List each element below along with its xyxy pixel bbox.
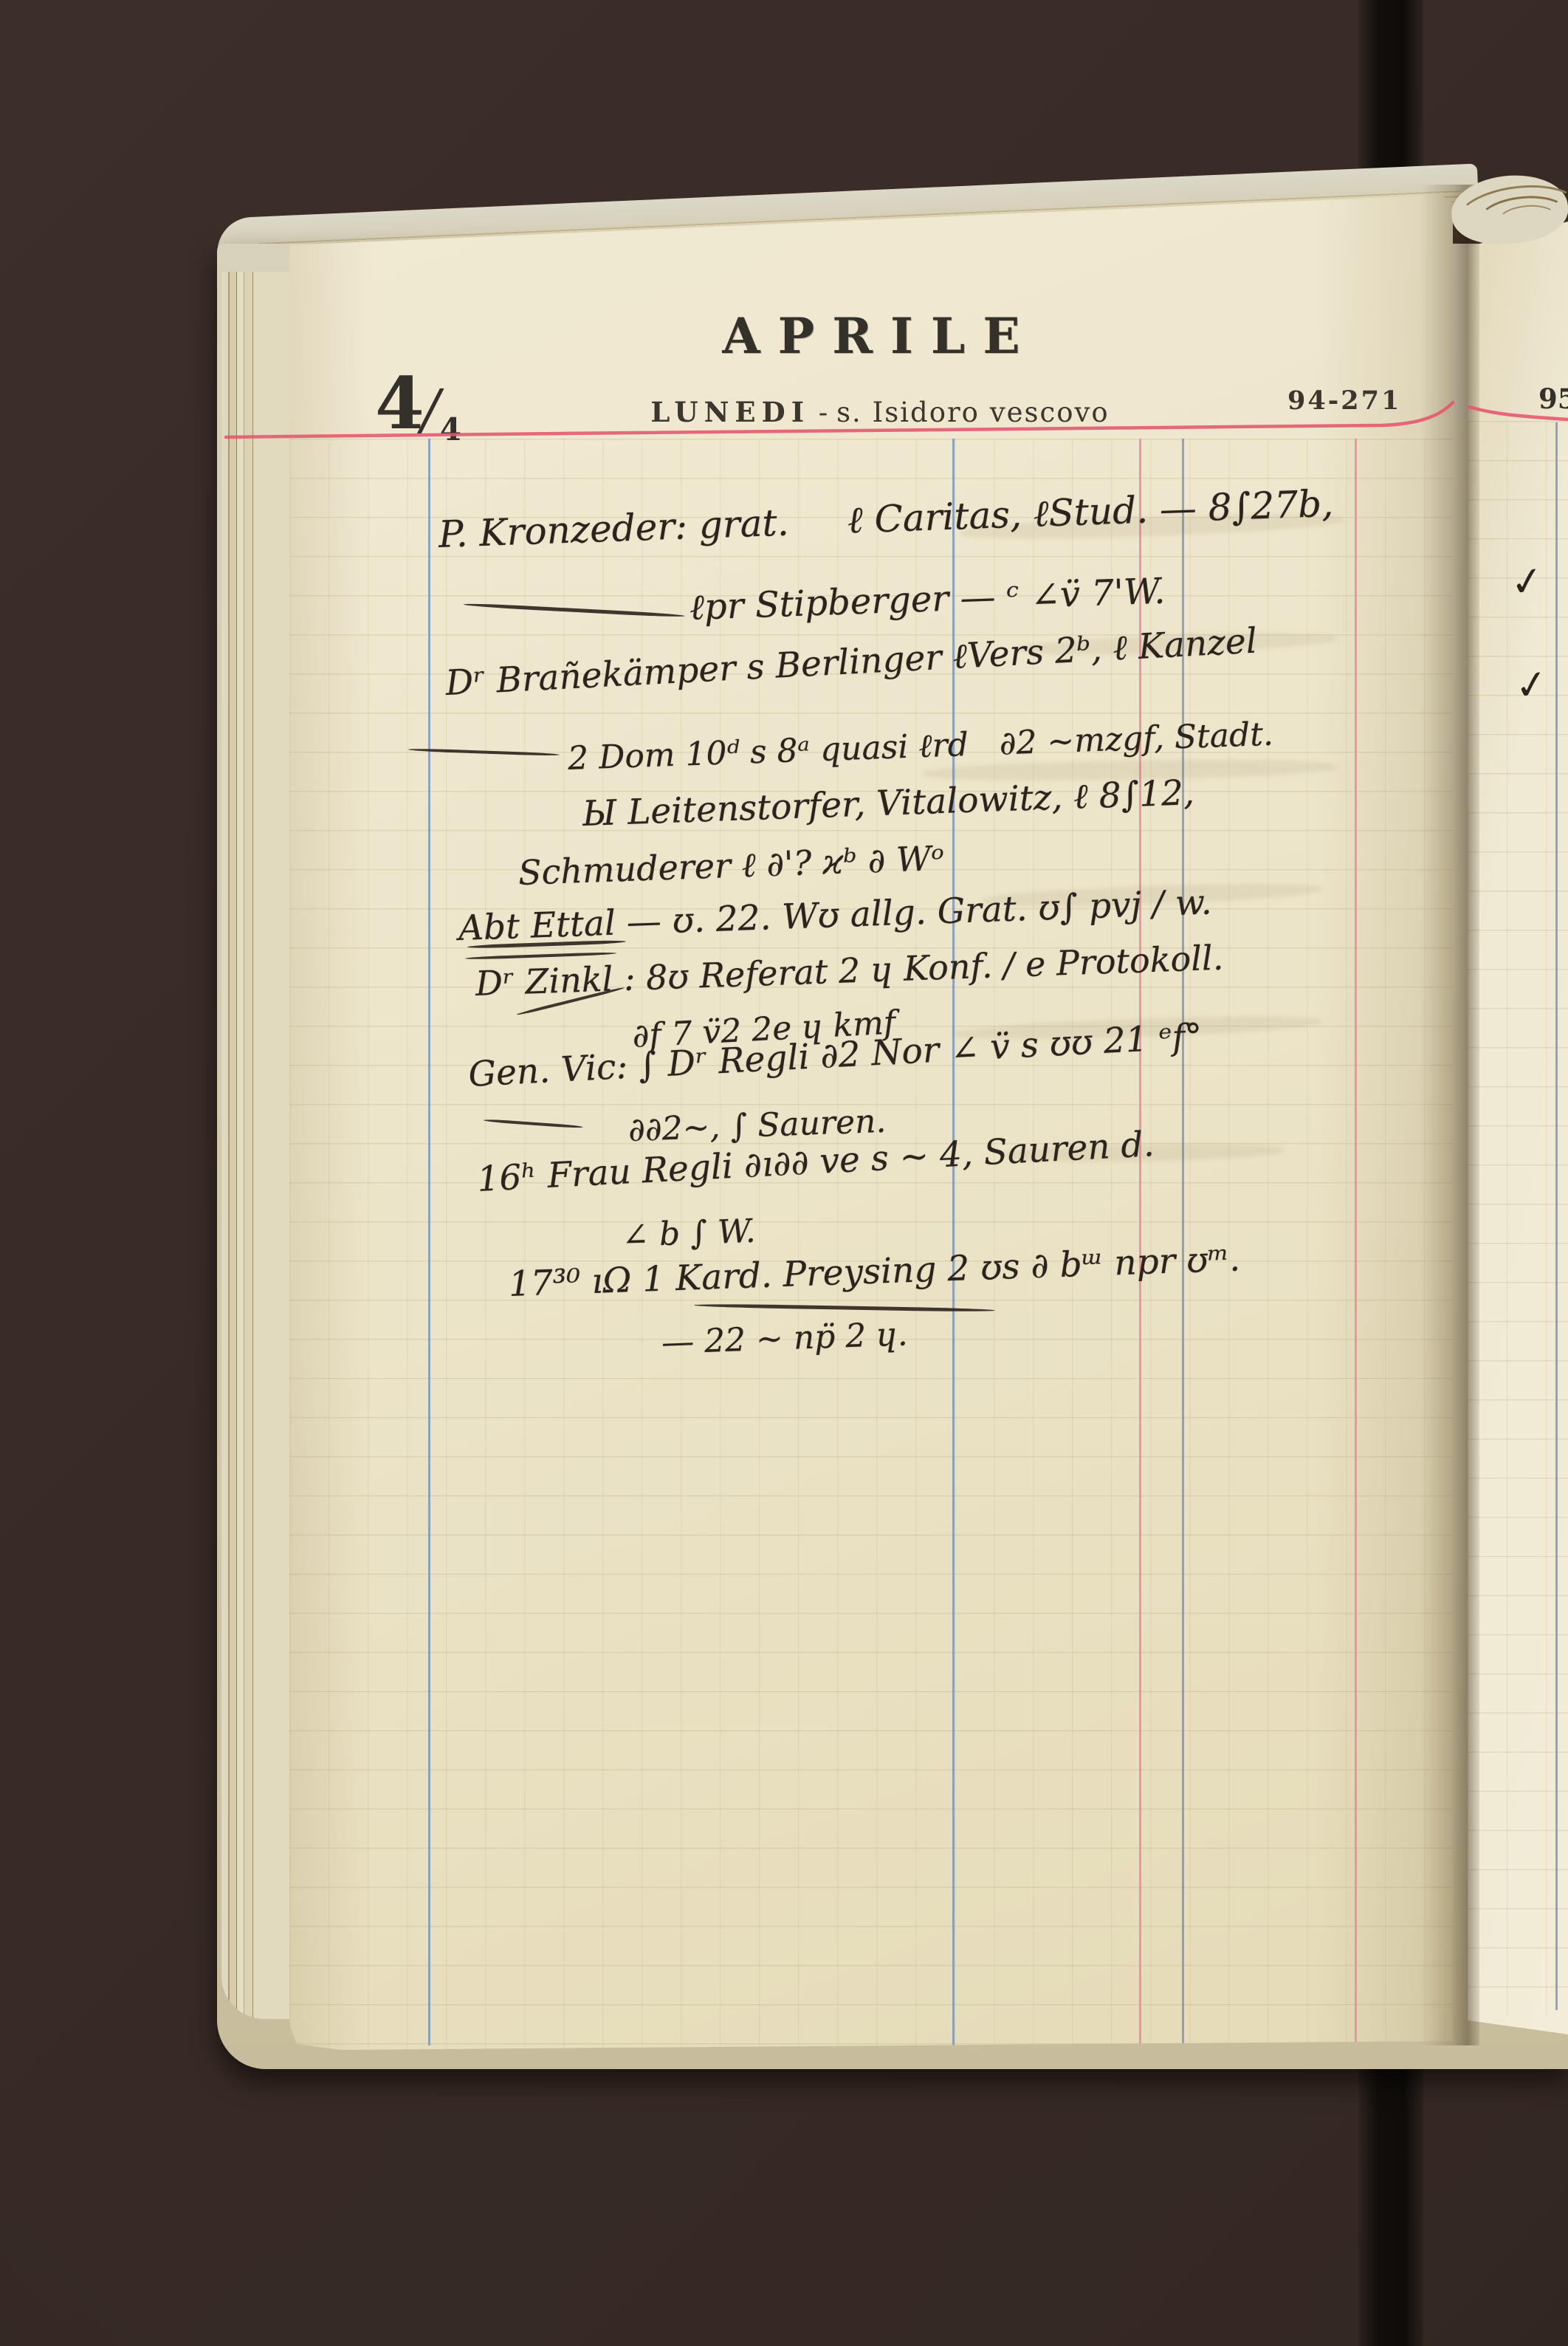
day-fraction-slash: / xyxy=(422,378,440,442)
margin-line-pink-2 xyxy=(1355,439,1357,2045)
margin-line-blue-right xyxy=(1555,422,1558,2010)
weekday-label: LUNEDI xyxy=(650,396,810,428)
right-page: 95 xyxy=(1468,222,1568,2038)
month-title: APRILE xyxy=(722,307,1037,365)
margin-line-blue-3 xyxy=(1182,439,1184,2045)
feast-label: s. Isidoro vescovo xyxy=(836,397,1110,428)
page-stack-left-edge-lines xyxy=(221,272,291,2019)
page-shading xyxy=(289,195,1453,2050)
day-denominator: 4 xyxy=(440,411,461,447)
weekday-separator: - xyxy=(819,397,828,428)
grid-lines-right xyxy=(1468,421,1568,2016)
margin-line-blue-2 xyxy=(952,439,955,2045)
margin-line-blue-1 xyxy=(428,439,430,2045)
page-code: 94-271 xyxy=(1287,385,1401,416)
weekday-feast-line: LUNEDI - s. Isidoro vescovo xyxy=(650,396,1109,428)
next-page-code: 95 xyxy=(1538,383,1568,415)
day-number: 4 xyxy=(375,362,424,445)
margin-line-pink-1 xyxy=(1139,439,1141,2045)
left-page: APRILE 4/4 LUNEDI - s. Isidoro vescovo 9… xyxy=(289,195,1453,2050)
day-fraction: 4/4 xyxy=(375,362,461,447)
grid-lines xyxy=(289,439,1453,2050)
diary-photo: APRILE 4/4 LUNEDI - s. Isidoro vescovo 9… xyxy=(0,0,1568,2346)
